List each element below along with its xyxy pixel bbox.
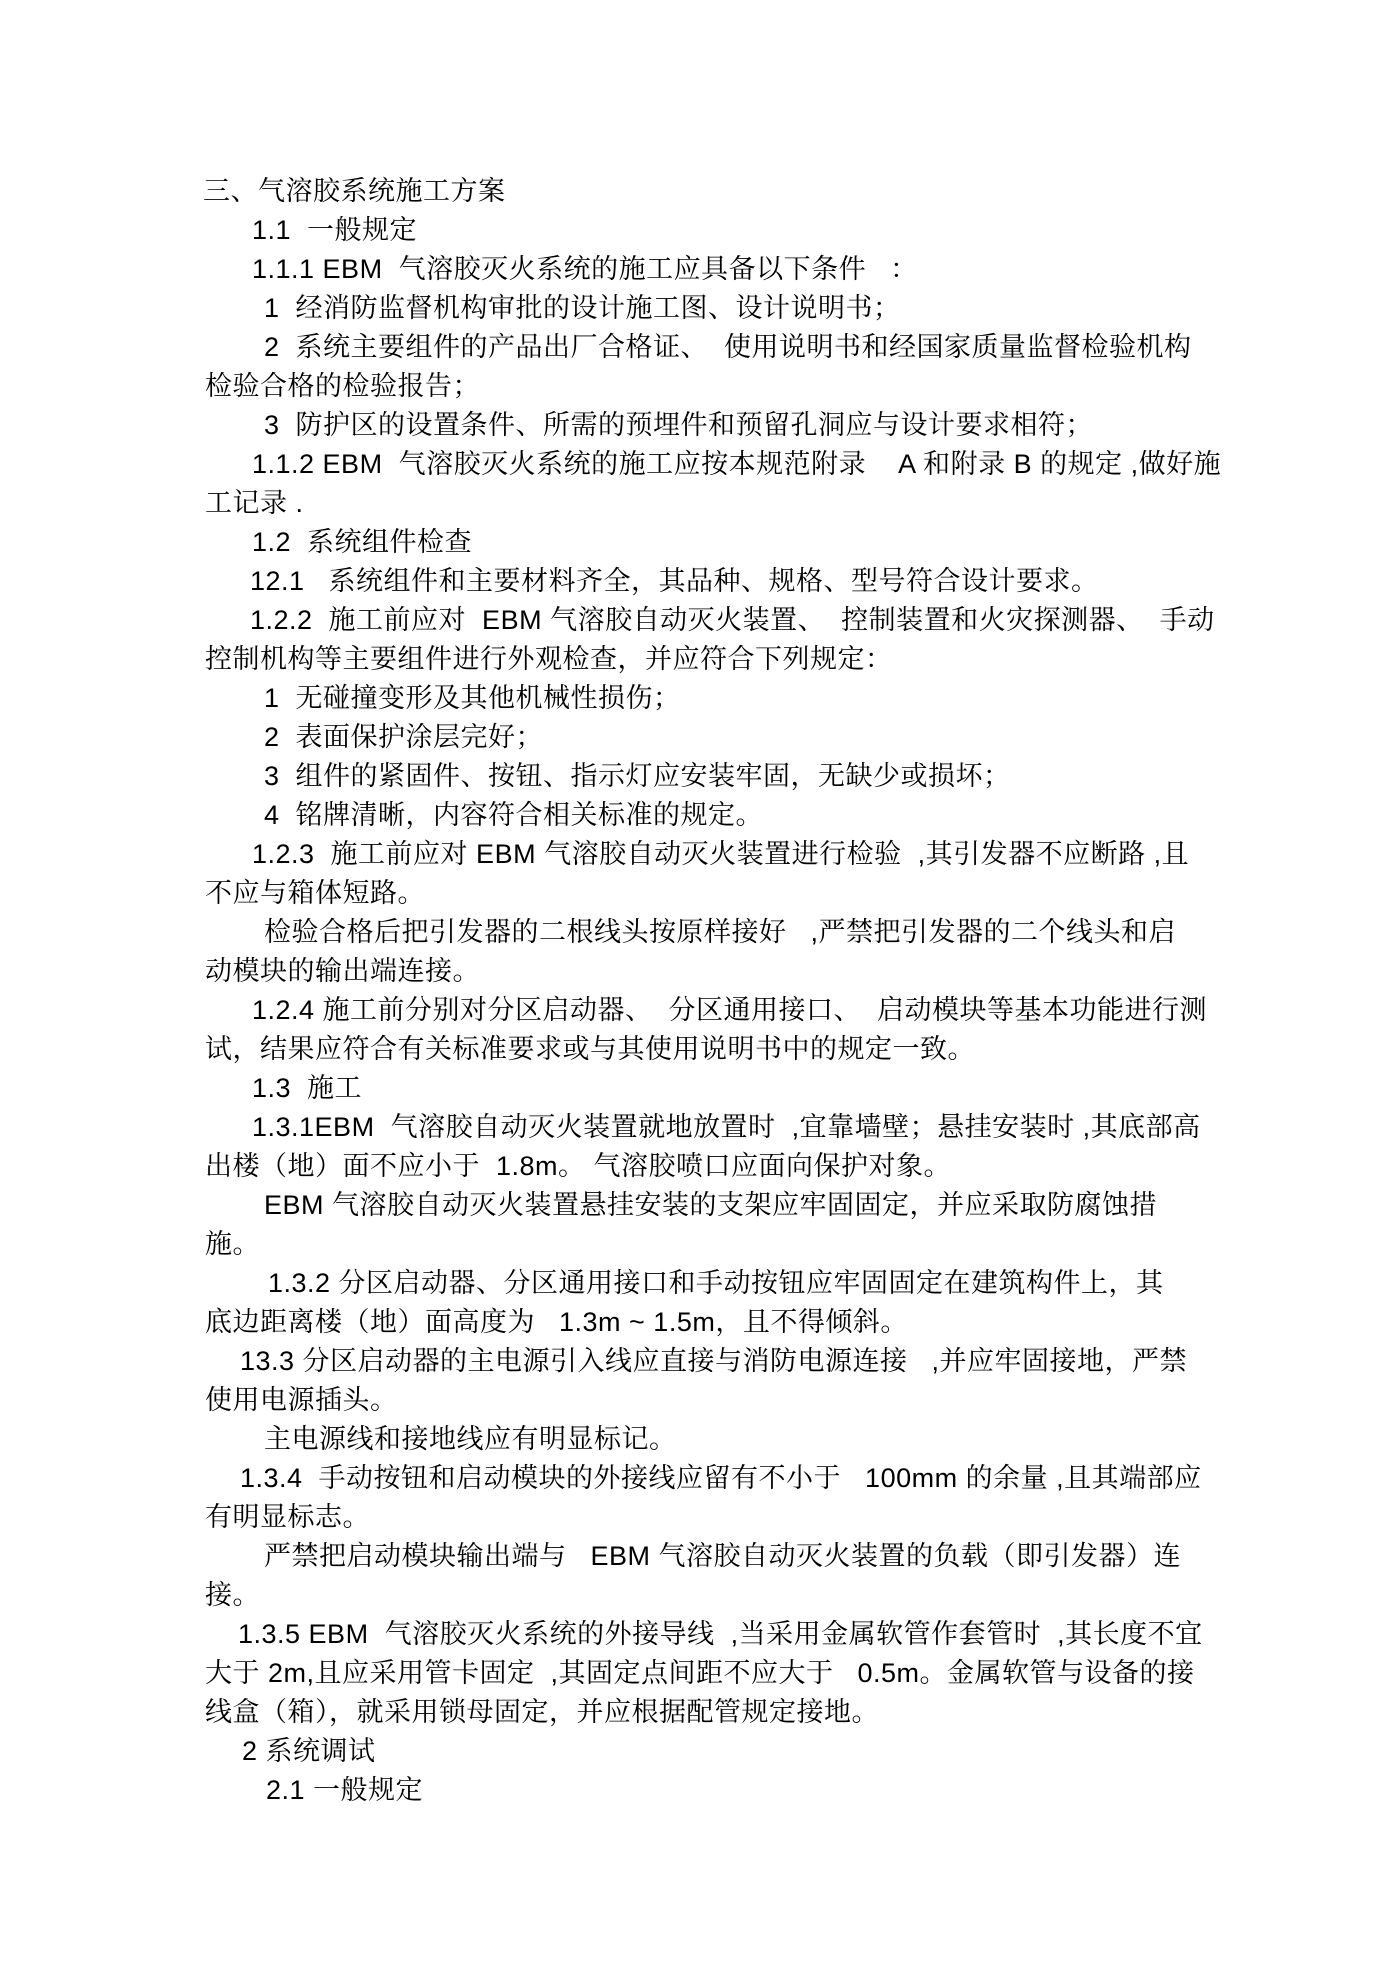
text-line: 主电源线和接地线应有明显标记。 <box>0 1420 1394 1459</box>
text-line: 1.3.1EBM 气溶胶自动灭火装置就地放置时 ,宜靠墙壁；悬挂安装时 ,其底部… <box>0 1108 1394 1147</box>
text-line: 1.2 系统组件检查 <box>0 523 1394 562</box>
text-line: 接。 <box>0 1576 1394 1615</box>
text-line: 12.1 系统组件和主要材料齐全，其品种、规格、型号符合设计要求。 <box>0 562 1394 601</box>
text-line: 3 组件的紧固件、按钮、指示灯应安装牢固，无缺少或损坏； <box>0 757 1394 796</box>
text-line: 不应与箱体短路。 <box>0 874 1394 913</box>
text-line: 2.1 一般规定 <box>0 1771 1394 1810</box>
text-line: 1.1.2 EBM 气溶胶灭火系统的施工应按本规范附录 A 和附录 B 的规定 … <box>0 445 1394 484</box>
text-line: 出楼（地）面不应小于 1.8m。 气溶胶喷口应面向保护对象。 <box>0 1147 1394 1186</box>
text-line: 动模块的输出端连接。 <box>0 952 1394 991</box>
text-line: 三、气溶胶系统施工方案 <box>0 172 1394 211</box>
text-line: 检验合格的检验报告； <box>0 367 1394 406</box>
document-page: 三、气溶胶系统施工方案1.1 一般规定1.1.1 EBM 气溶胶灭火系统的施工应… <box>0 0 1394 1973</box>
text-line: 1 经消防监督机构审批的设计施工图、设计说明书； <box>0 289 1394 328</box>
text-line: 2 系统主要组件的产品出厂合格证、 使用说明书和经国家质量监督检验机构 <box>0 328 1394 367</box>
text-line: 严禁把启动模块输出端与 EBM 气溶胶自动灭火装置的负载（即引发器）连 <box>0 1537 1394 1576</box>
text-line: 2 系统调试 <box>0 1732 1394 1771</box>
text-line: 1.2.2 施工前应对 EBM 气溶胶自动灭火装置、 控制装置和火灾探测器、 手… <box>0 601 1394 640</box>
document-body: 三、气溶胶系统施工方案1.1 一般规定1.1.1 EBM 气溶胶灭火系统的施工应… <box>0 172 1394 1810</box>
text-line: 1 无碰撞变形及其他机械性损伤； <box>0 679 1394 718</box>
text-line: 大于 2m,且应采用管卡固定 ,其固定点间距不应大于 0.5m。金属软管与设备的… <box>0 1654 1394 1693</box>
text-line: EBM 气溶胶自动灭火装置悬挂安装的支架应牢固固定，并应采取防腐蚀措 <box>0 1186 1394 1225</box>
text-line: 底边距离楼（地）面高度为 1.3m ~ 1.5m，且不得倾斜。 <box>0 1303 1394 1342</box>
text-line: 1.2.4 施工前分别对分区启动器、 分区通用接口、 启动模块等基本功能进行测 <box>0 991 1394 1030</box>
text-line: 2 表面保护涂层完好； <box>0 718 1394 757</box>
text-line: 1.3 施工 <box>0 1069 1394 1108</box>
text-line: 1.1.1 EBM 气溶胶灭火系统的施工应具备以下条件 ： <box>0 250 1394 289</box>
text-line: 4 铭牌清晰，内容符合相关标准的规定。 <box>0 796 1394 835</box>
text-line: 线盒（箱），就采用锁母固定，并应根据配管规定接地。 <box>0 1693 1394 1732</box>
text-line: 1.3.2 分区启动器、分区通用接口和手动按钮应牢固固定在建筑构件上，其 <box>0 1264 1394 1303</box>
text-line: 1.2.3 施工前应对 EBM 气溶胶自动灭火装置进行检验 ,其引发器不应断路 … <box>0 835 1394 874</box>
text-line: 3 防护区的设置条件、所需的预埋件和预留孔洞应与设计要求相符； <box>0 406 1394 445</box>
text-line: 使用电源插头。 <box>0 1381 1394 1420</box>
text-line: 施。 <box>0 1225 1394 1264</box>
text-line: 工记录 . <box>0 484 1394 523</box>
text-line: 控制机构等主要组件进行外观检查，并应符合下列规定： <box>0 640 1394 679</box>
text-line: 有明显标志。 <box>0 1498 1394 1537</box>
text-line: 1.3.5 EBM 气溶胶灭火系统的外接导线 ,当采用金属软管作套管时 ,其长度… <box>0 1615 1394 1654</box>
text-line: 检验合格后把引发器的二根线头按原样接好 ,严禁把引发器的二个线头和启 <box>0 913 1394 952</box>
text-line: 13.3 分区启动器的主电源引入线应直接与消防电源连接 ,并应牢固接地，严禁 <box>0 1342 1394 1381</box>
text-line: 试，结果应符合有关标准要求或与其使用说明书中的规定一致。 <box>0 1030 1394 1069</box>
text-line: 1.3.4 手动按钮和启动模块的外接线应留有不小于 100mm 的余量 ,且其端… <box>0 1459 1394 1498</box>
text-line: 1.1 一般规定 <box>0 211 1394 250</box>
